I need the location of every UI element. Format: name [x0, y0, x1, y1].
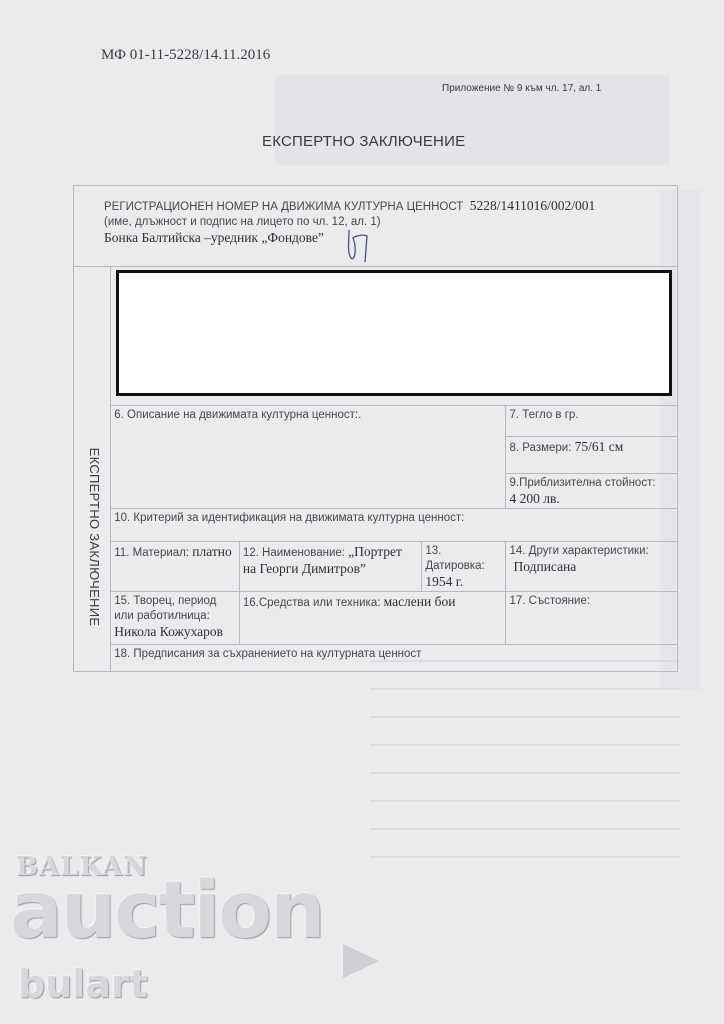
registration-number: 5228/1411016/002/001	[470, 198, 596, 213]
field-14-other: 14. Други характеристики: Подписана	[506, 542, 678, 592]
play-arrow-icon	[343, 944, 379, 978]
field-7-weight: 7. Тегло в гр.	[506, 406, 678, 437]
signature-mark	[341, 224, 373, 264]
signatory-name: Бонка Балтийска –уредник „Фондове”	[104, 230, 647, 245]
side-label-cell: ЕКСПЕРТНО ЗАКЛЮЧЕНИЕ	[74, 267, 111, 672]
field-18-preservation: 18. Предписания за съхранението на култу…	[111, 645, 678, 672]
redaction-box	[116, 270, 672, 396]
appendix-note: Приложение № 9 към чл. 17, ал. 1	[442, 83, 601, 94]
side-label: ЕКСПЕРТНО ЗАКЛЮЧЕНИЕ	[87, 437, 102, 637]
watermark-auction: auction	[10, 866, 324, 956]
field-6-description: 6. Описание на движимата културна ценнос…	[111, 406, 506, 509]
bleed-through-text	[370, 660, 680, 884]
field-12-title: 12. Наименование: „Портрет на Георги Дим…	[239, 542, 422, 592]
field-11-material: 11. Материал: платно	[111, 542, 240, 592]
registration-line: РЕГИСТРАЦИОНЕН НОМЕР НА ДВИЖИМА КУЛТУРНА…	[104, 198, 647, 215]
registration-section: РЕГИСТРАЦИОНЕН НОМЕР НА ДВИЖИМА КУЛТУРНА…	[74, 186, 678, 267]
redacted-section	[111, 267, 678, 406]
field-10-criterion: 10. Критерий за идентификация на движима…	[111, 509, 678, 542]
field-13-date: 13. Датировка: 1954 г.	[422, 542, 506, 592]
signatory-note: (име, длъжност и подпис на лицето по чл.…	[104, 215, 647, 230]
field-9-value: 9.Приблизителна стойност: 4 200 лв.	[506, 474, 678, 509]
document-reference-number: МФ 01-11-5228/14.11.2016	[101, 47, 270, 64]
registration-label: РЕГИСТРАЦИОНЕН НОМЕР НА ДВИЖИМА КУЛТУРНА…	[104, 201, 463, 213]
document-title: ЕКСПЕРТНО ЗАКЛЮЧЕНИЕ	[262, 133, 465, 150]
field-16-technique: 16.Средства или техника: маслени бои	[239, 592, 506, 645]
field-8-dimensions: 8. Размери: 75/61 см	[506, 437, 678, 474]
expert-opinion-form: РЕГИСТРАЦИОНЕН НОМЕР НА ДВИЖИМА КУЛТУРНА…	[73, 185, 678, 672]
watermark-bulart: bulart	[18, 962, 148, 1006]
field-17-condition: 17. Състояние:	[506, 592, 678, 645]
field-15-creator: 15. Творец, период или работилница: Нико…	[111, 592, 240, 645]
